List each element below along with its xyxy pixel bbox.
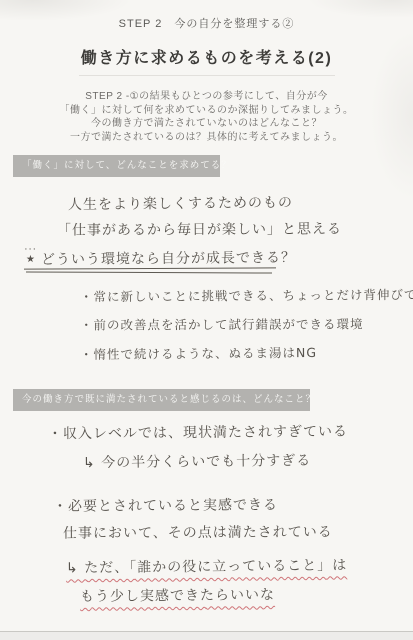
- section1-heading-bar: 「働く」に対して、どんなことを求めてる？: [13, 155, 220, 177]
- intro-paragraph: STEP 2 -①の結果もひとつの参考にして、自分が今 「働く」に対して何を求め…: [0, 90, 413, 144]
- underline-stroke: [26, 271, 272, 273]
- intro-line: 一方で満たされているのは？具体的に考えてみましょう。: [0, 131, 413, 145]
- handwritten-bullet: ・前の改善点を活かして試行錯誤ができる環境: [80, 315, 364, 334]
- double-underline: [24, 268, 276, 273]
- handwritten-note: 人生をより楽しくするためのもの: [68, 192, 293, 214]
- handwritten-bullet: ・惰性で続けるような、ぬるま湯はNG: [80, 343, 317, 363]
- handwritten-bullet: ・収入レベルでは、現状満たされすぎている: [48, 421, 348, 444]
- handwritten-bullet: ・必要とされていると実感できる: [53, 494, 278, 516]
- section2-heading-bar: 今の働き方で既に満たされていると感じるのは、どんなこと？: [13, 389, 310, 411]
- step-label: STEP 2 今の自分を整理する②: [0, 15, 413, 31]
- intro-line: 今の働き方で満たされていないのはどんなこと？: [0, 117, 413, 131]
- underline-stroke: [24, 267, 276, 269]
- intro-line: 「働く」に対して何を求めているのか深掘りしてみましょう。: [0, 104, 413, 118]
- worksheet-page: STEP 2 今の自分を整理する② 働き方に求めるものを考える(2) STEP …: [0, 0, 413, 640]
- handwritten-arrow-note-red-underlined: ↳ ただ、「誰かの役に立っていること」は: [66, 555, 347, 578]
- handwritten-note: 仕事において、その点は満たされている: [63, 521, 333, 542]
- handwritten-sub-question: ★どういう環境なら自分が成長できる？: [26, 247, 296, 269]
- page-bottom-edge: [0, 631, 413, 640]
- handwritten-arrow-note: ↳ 今の半分くらいでも十分すぎる: [83, 450, 311, 472]
- title-divider: [79, 75, 335, 76]
- page-title: 働き方に求めるものを考える(2): [0, 45, 413, 68]
- handwritten-note: 「仕事があるから毎日が楽しい」と思える: [57, 218, 342, 239]
- intro-line: STEP 2 -①の結果もひとつの参考にして、自分が今: [0, 90, 413, 104]
- handwritten-bullet: ・常に新しいことに挑戦できる、ちょっとだけ背伸びできる: [80, 285, 413, 306]
- sub-question-text: どういう環境なら自分が成長できる？: [41, 250, 296, 268]
- handwritten-note-red-underlined: もう少し実感できたらいいな: [80, 584, 275, 606]
- star-doodle-icon: ★: [26, 254, 36, 265]
